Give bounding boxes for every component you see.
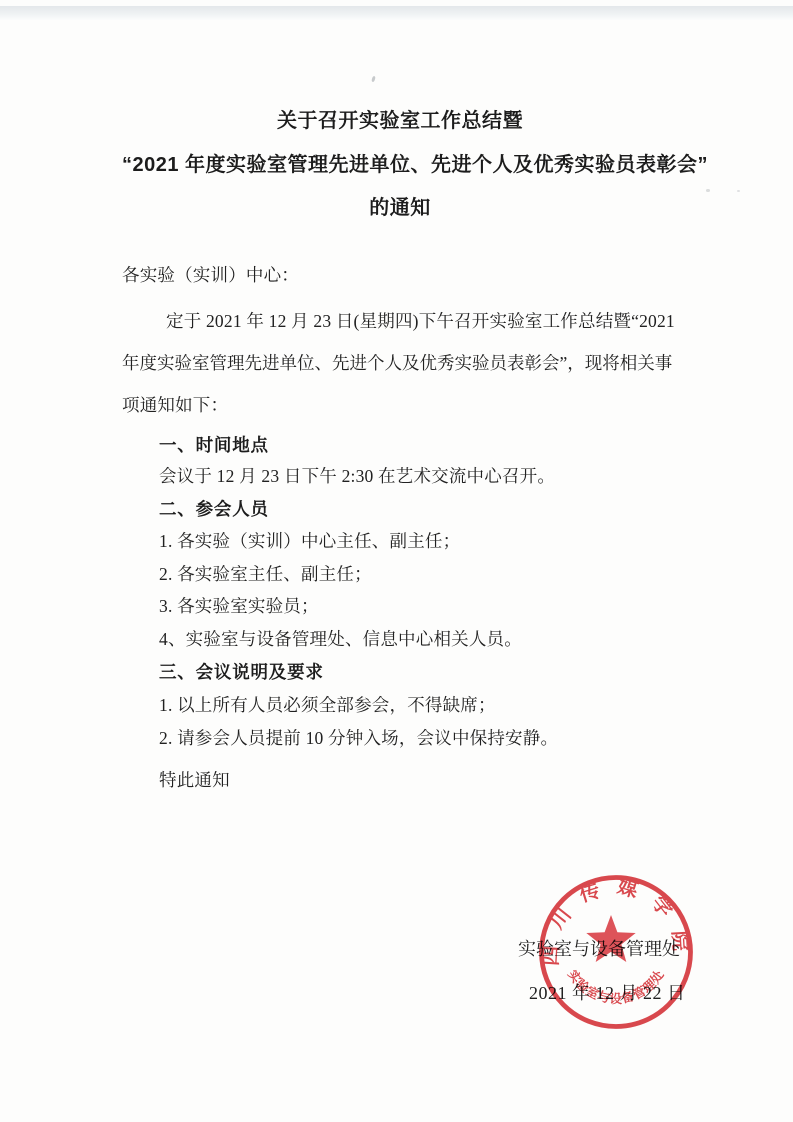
seal-star-icon bbox=[586, 915, 635, 962]
salutation: 各实验（实训）中心： bbox=[122, 265, 299, 287]
scan-speck bbox=[706, 189, 710, 192]
intro-paragraph-line: 年度实验室管理先进单位、先进个人及优秀实验员表彰会”，现将相关事 bbox=[122, 353, 672, 375]
intro-paragraph-line: 项通知如下： bbox=[122, 395, 228, 417]
scan-speck bbox=[737, 190, 740, 192]
notice-title-line-3: 的通知 bbox=[122, 191, 678, 220]
list-item: 3. 各实验室实验员； bbox=[159, 596, 319, 618]
list-item: 1. 各实验（实训）中心主任、副主任； bbox=[159, 531, 460, 553]
scan-artifact-band bbox=[0, 6, 793, 20]
scanned-notice-page: 关于召开实验室工作总结暨 “2021 年度实验室管理先进单位、先进个人及优秀实验… bbox=[0, 0, 793, 1122]
list-item: 1. 以上所有人员必须全部参会，不得缺席； bbox=[159, 695, 496, 717]
notice-title-line-1: 关于召开实验室工作总结暨 bbox=[122, 104, 678, 133]
list-item: 2. 请参会人员提前 10 分钟入场，会议中保持安静。 bbox=[159, 728, 558, 750]
closing-phrase: 特此通知 bbox=[159, 770, 230, 792]
official-seal: 四川传媒学院 实验室与设备管理处 bbox=[531, 867, 701, 1037]
intro-paragraph-line: 定于 2021 年 12 月 23 日(星期四)下午召开实验室工作总结暨“202… bbox=[166, 311, 675, 333]
list-item: 4、实验室与设备管理处、信息中心相关人员。 bbox=[159, 629, 522, 651]
seal-arc-text-bottom: 实验室与设备管理处 bbox=[565, 967, 667, 1006]
section-body-line: 会议于 12 月 23 日下午 2:30 在艺术交流中心召开。 bbox=[159, 466, 555, 488]
notice-title-line-2: “2021 年度实验室管理先进单位、先进个人及优秀实验员表彰会” bbox=[122, 148, 678, 177]
section-heading-requirements: 三、会议说明及要求 bbox=[159, 662, 324, 684]
section-heading-time-place: 一、时间地点 bbox=[159, 435, 269, 457]
scan-speck bbox=[371, 76, 376, 83]
section-heading-attendees: 二、参会人员 bbox=[159, 499, 269, 521]
list-item: 2. 各实验室主任、副主任； bbox=[159, 564, 372, 586]
